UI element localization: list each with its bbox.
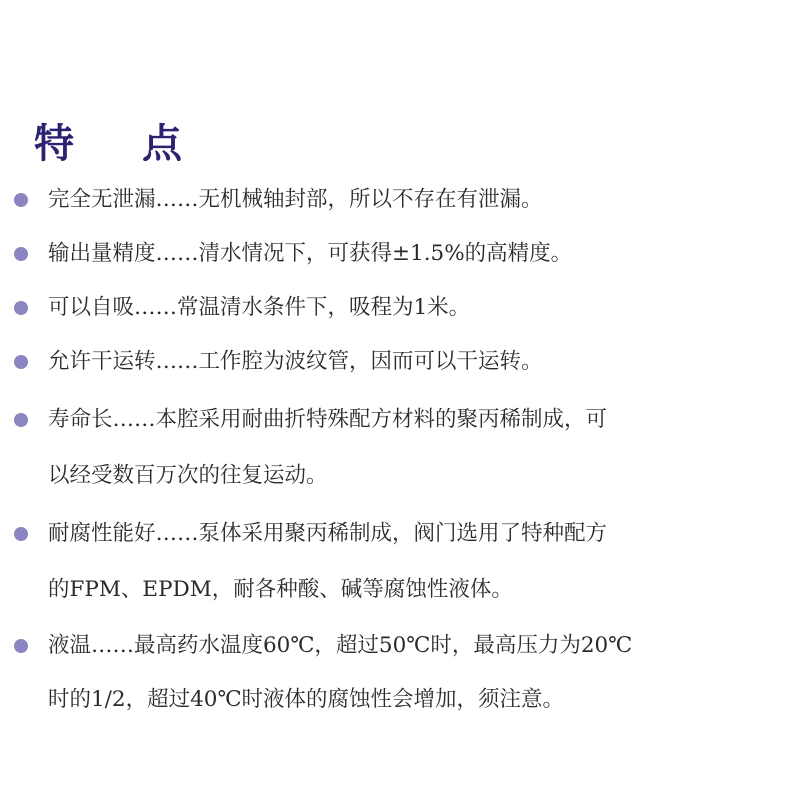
item-text: 寿命长……本腔采用耐曲折特殊配方材料的聚丙稀制成，可: [48, 406, 607, 434]
bullet-icon: [14, 413, 28, 427]
bullet-icon: [14, 527, 28, 541]
bullet-icon: [14, 301, 28, 315]
title-char-1: 特: [34, 112, 74, 169]
item-text: 可以自吸……常温清水条件下，吸程为1米。: [48, 294, 470, 322]
item-text-cont: 的FPM、EPDM，耐各种酸、碱等腐蚀性液体。: [48, 576, 513, 604]
item-text: 耐腐性能好……泵体采用聚丙稀制成，阀门选用了特种配方: [48, 520, 607, 548]
item-text-cont: 以经受数百万次的往复运动。: [48, 462, 328, 490]
item-text: 液温……最高药水温度60℃，超过50℃时，最高压力为20℃: [48, 632, 632, 660]
bullet-icon: [14, 247, 28, 261]
title-char-2: 点: [142, 112, 182, 169]
item-text: 允许干运转……工作腔为波纹管，因而可以干运转。: [48, 348, 543, 376]
bullet-icon: [14, 193, 28, 207]
page-title: 特点: [34, 112, 182, 169]
bullet-icon: [14, 355, 28, 369]
bullet-icon: [14, 639, 28, 653]
item-text-cont: 时的1/2，超过40℃时液体的腐蚀性会增加，须注意。: [48, 686, 564, 714]
item-text: 完全无泄漏……无机械轴封部，所以不存在有泄漏。: [48, 186, 543, 214]
item-text: 输出量精度……清水情况下，可获得±1.5%的高精度。: [48, 240, 572, 268]
